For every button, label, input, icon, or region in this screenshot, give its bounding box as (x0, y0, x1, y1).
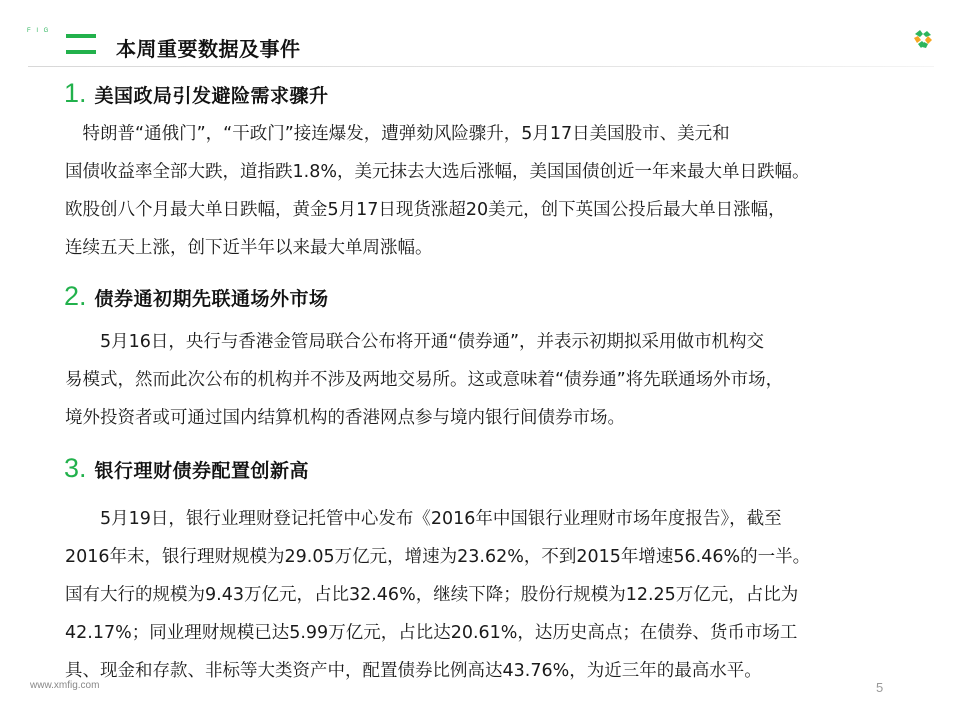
paragraph-line: 易模式，然而此次公布的机构并不涉及两地交易所。这或意味着“债券通”将先联通场外市… (65, 361, 960, 399)
paragraph-line: 具、现金和存款、非标等大类资产中，配置债券比例高达43.76%，为近三年的最高水… (65, 652, 960, 690)
header-divider (28, 66, 934, 67)
paragraph-line: 国有大行的规模为9.43万亿元，占比32.46%，继续下降；股份行规模为12.2… (65, 576, 960, 614)
item-heading-2: 2. 债券通初期先联通场外市场 (64, 283, 329, 311)
paragraph-line: 特朗普“通俄门”，“干政门”接连爆发，遭弹劾风险骤升，5月17日美国股市、美元和 (65, 115, 960, 153)
paragraph-line: 国债收益率全部大跌，道指跌1.8%，美元抹去大选后涨幅，美国国债创近一年来最大单… (65, 153, 960, 191)
item-number: 2. (64, 283, 87, 310)
paragraph-line: 42.17%；同业理财规模已达5.99万亿元，占比达20.61%，达历史高点；在… (65, 614, 960, 652)
item-title: 银行理财债券配置创新高 (95, 456, 310, 483)
fig-mark: F I G (27, 28, 50, 34)
item-paragraph-2: 5月16日，央行与香港金管局联合公布将开通“债券通”，并表示初期拟采用做市机构交… (65, 323, 960, 437)
footer-url: www.xmfig.com (30, 680, 99, 691)
item-number: 3. (64, 455, 87, 482)
item-number: 1. (64, 80, 87, 107)
item-heading-3: 3. 银行理财债券配置创新高 (64, 455, 309, 483)
paragraph-line: 境外投资者或可通过国内结算机构的香港网点参与境内银行间债券市场。 (65, 399, 960, 437)
item-paragraph-1: 特朗普“通俄门”，“干政门”接连爆发，遭弹劾风险骤升，5月17日美国股市、美元和… (65, 115, 960, 267)
page-title: 本周重要数据及事件 (116, 33, 301, 62)
paragraph-line: 连续五天上涨，创下近半年以来最大单周涨幅。 (65, 229, 960, 267)
item-title: 美国政局引发避险需求骤升 (95, 81, 329, 108)
paragraph-line: 2016年末，银行理财规模为29.05万亿元，增速为23.62%，不到2015年… (65, 538, 960, 576)
paragraph-line: 5月16日，央行与香港金管局联合公布将开通“债券通”，并表示初期拟采用做市机构交 (65, 323, 960, 361)
paragraph-line: 欧股创八个月最大单日跌幅，黄金5月17日现货涨超20美元，创下英国公投后最大单日… (65, 191, 960, 229)
xmfig-logo-icon (912, 28, 934, 50)
section-numeral-icon (66, 33, 96, 53)
item-title: 债券通初期先联通场外市场 (95, 284, 329, 311)
paragraph-line: 5月19日，银行业理财登记托管中心发布《2016年中国银行业理财市场年度报告》，… (65, 500, 960, 538)
item-paragraph-3: 5月19日，银行业理财登记托管中心发布《2016年中国银行业理财市场年度报告》，… (65, 500, 960, 690)
page-number: 5 (876, 680, 883, 695)
item-heading-1: 1. 美国政局引发避险需求骤升 (64, 80, 329, 108)
